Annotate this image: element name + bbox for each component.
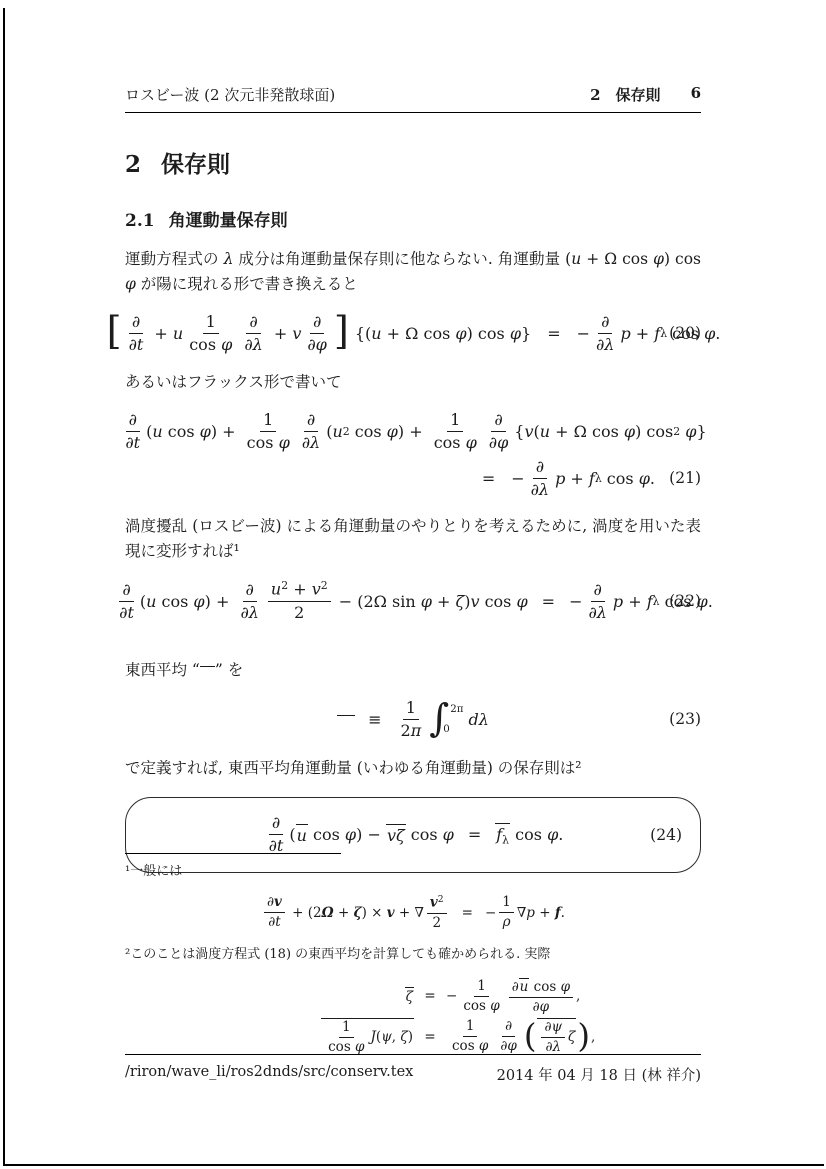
equation-21-line2-math: =−∂∂λp + fλ cos φ. xyxy=(482,458,655,499)
equation-22-number: (22) xyxy=(669,592,701,610)
header-page-number: 6 xyxy=(691,84,701,105)
footnote-2-text: ²このことは渦度方程式 (18) の東西平均を計算しても確かめられる. 実際 xyxy=(125,944,701,965)
equation-23-math: ≡12π∫2π0dλ xyxy=(337,699,489,740)
page-header: ロスビー波 (2 次元非発散球面) 2 保存則 6 xyxy=(125,84,701,113)
equation-21-line2: =−∂∂λp + fλ cos φ. (21) xyxy=(125,458,701,499)
equation-24-math: ∂∂t(u cos φ) − vζ cos φ=fλ cos φ. xyxy=(263,814,564,855)
equation-24: ∂∂t(u cos φ) − vζ cos φ=fλ cos φ. (24) xyxy=(126,814,700,855)
header-right: 2 保存則 6 xyxy=(590,84,701,105)
section-heading: 2保存則 xyxy=(125,146,701,179)
paragraph-2: あるいはフラックス形で書いて xyxy=(125,370,701,395)
paragraph-5: で定義すれば, 東西平均角運動量 (いわゆる角運動量) の保存則は² xyxy=(125,756,701,781)
paragraph-4: 東西平均 “” を xyxy=(125,658,701,683)
subsection-number: 2.1 xyxy=(125,211,155,231)
page-edge-left-line xyxy=(3,8,5,1166)
footnote-2-eq-line1-lhs: ζ xyxy=(405,987,414,1005)
header-running-title: ロスビー波 (2 次元非発散球面) xyxy=(125,84,335,105)
footnote-rule xyxy=(125,853,341,854)
paragraph-1: 運動方程式の λ 成分は角運動量保存則に他ならない. 角運動量 (u + Ω c… xyxy=(125,247,701,297)
equation-23-number: (23) xyxy=(669,710,701,728)
paragraph-3: 渦度擾乱 (ロスビー波) による角運動量のやりとりを考えるために, 渦度を用いた… xyxy=(125,514,701,564)
footnote-2-eq-line2-rhs: 1cos φ∂∂φ(∂ψ∂λζ), xyxy=(446,1018,595,1055)
footnote-2-eq-line2-lhs: 1cos φJ(ψ, ζ) xyxy=(321,1018,414,1055)
equation-22-math: ∂∂t(u cos φ) + ∂∂λu2 + v22 − (2Ω sin φ +… xyxy=(113,580,713,621)
equation-21-number: (21) xyxy=(669,469,701,487)
equation-20-math: [∂∂t + u1cos φ∂∂λ + v∂∂φ]{(u + Ω cos φ) … xyxy=(106,313,721,354)
footnote-2-eq-line2-relation: = xyxy=(424,1029,435,1045)
footnote-2-eq-line1-rhs: −1cos φ∂u cos φ∂φ, xyxy=(446,978,580,1015)
footer-file-path: /riron/wave_li/ros2dnds/src/conserv.tex xyxy=(125,1064,413,1085)
subsection-heading: 2.1角運動量保存則 xyxy=(125,206,701,231)
footnote-2-eq-line2: 1cos φJ(ψ, ζ) = 1cos φ∂∂φ(∂ψ∂λζ), xyxy=(195,1018,665,1055)
page-edge-bottom-line xyxy=(3,1164,824,1166)
footnote-area: ¹一般には ∂v∂t + (2Ω + ζ) × v + ∇v22=−1ρ∇p +… xyxy=(125,853,701,1058)
section-number: 2 xyxy=(125,151,141,178)
footnote-2-equations: ζ = −1cos φ∂u cos φ∂φ, 1cos φJ(ψ, ζ) = 1… xyxy=(195,978,665,1055)
page-footer: /riron/wave_li/ros2dnds/src/conserv.tex … xyxy=(125,1054,701,1085)
equation-20: [∂∂t + u1cos φ∂∂λ + v∂∂φ]{(u + Ω cos φ) … xyxy=(125,313,701,354)
equation-22: ∂∂t(u cos φ) + ∂∂λu2 + v22 − (2Ω sin φ +… xyxy=(125,580,701,621)
footnote-1-label: ¹一般には xyxy=(125,861,701,882)
equation-21-line1: ∂∂t(u cos φ) + 1cos φ∂∂λ(u2 cos φ) + 1co… xyxy=(125,411,701,452)
footnote-1-equation: ∂v∂t + (2Ω + ζ) × v + ∇v22=−1ρ∇p + f. xyxy=(125,895,701,931)
footer-date-author: 2014 年 04 月 18 日 (林 祥介) xyxy=(497,1064,701,1085)
equation-21-line1-math: ∂∂t(u cos φ) + 1cos φ∂∂λ(u2 cos φ) + 1co… xyxy=(119,411,706,452)
section-title: 保存則 xyxy=(161,151,230,178)
document-page: ロスビー波 (2 次元非発散球面) 2 保存則 6 2保存則 2.1角運動量保存… xyxy=(0,0,826,1169)
footnote-1-math: ∂v∂t + (2Ω + ζ) × v + ∇v22=−1ρ∇p + f. xyxy=(261,895,565,931)
equation-23: ≡12π∫2π0dλ (23) xyxy=(125,699,701,740)
equation-21: ∂∂t(u cos φ) + 1cos φ∂∂λ(u2 cos φ) + 1co… xyxy=(125,411,701,499)
subsection-title: 角運動量保存則 xyxy=(169,211,288,231)
footnote-2-eq-line1: ζ = −1cos φ∂u cos φ∂φ, xyxy=(195,978,665,1015)
equation-24-number: (24) xyxy=(650,826,682,844)
header-section-ref: 2 保存則 xyxy=(590,84,660,105)
footnote-1-eqrow: ∂v∂t + (2Ω + ζ) × v + ∇v22=−1ρ∇p + f. xyxy=(125,895,701,931)
equation-20-number: (20) xyxy=(669,324,701,342)
footnote-2-eq-line1-relation: = xyxy=(424,988,435,1004)
